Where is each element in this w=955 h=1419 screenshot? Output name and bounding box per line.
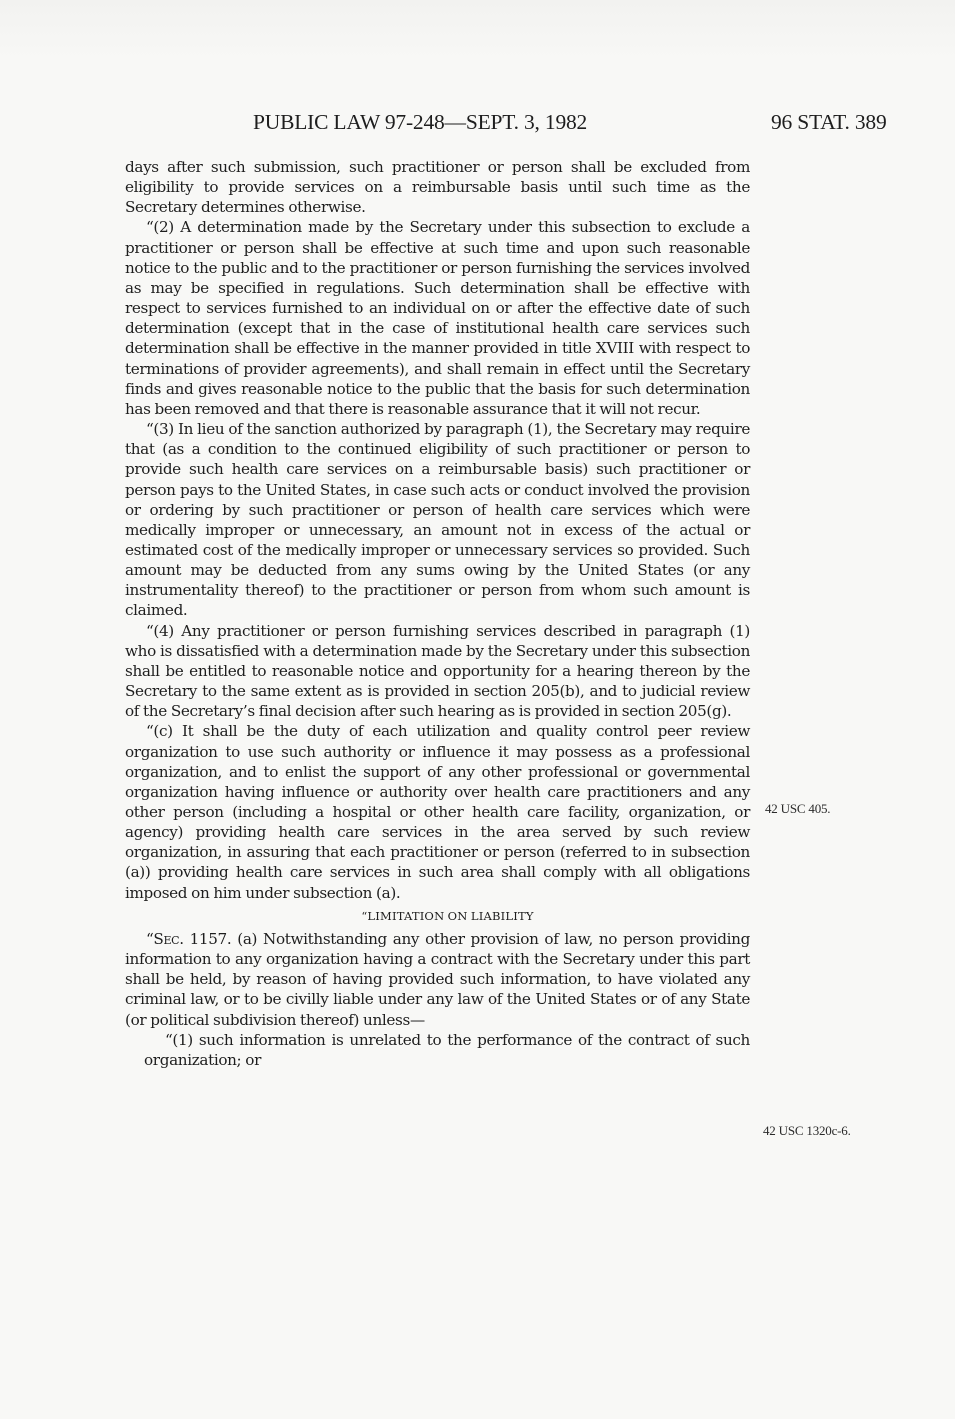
- paragraph-2: “(2) A determination made by the Secreta…: [125, 217, 750, 419]
- sec-1157-a: “Sec. 1157. (a) Notwithstanding any othe…: [125, 929, 750, 1030]
- sec-1157-text: 1157. (a) Notwithstanding any other prov…: [125, 930, 750, 1029]
- margin-note-42-usc-1320c-6: 42 USC 1320c-6.: [763, 1123, 851, 1139]
- page-header: PUBLIC LAW 97-248—SEPT. 3, 1982 96 STAT.…: [0, 110, 955, 140]
- public-law-title: PUBLIC LAW 97-248—SEPT. 3, 1982: [253, 110, 587, 135]
- subsection-c: “(c) It shall be the duty of each utiliz…: [125, 721, 750, 902]
- margin-note-42-usc-405: 42 USC 405.: [765, 801, 830, 817]
- paragraph-3: “(3) In lieu of the sanction authorized …: [125, 419, 750, 621]
- statute-page-number: 96 STAT. 389: [771, 110, 887, 135]
- sec-label: Sec.: [153, 930, 183, 948]
- document-page: PUBLIC LAW 97-248—SEPT. 3, 1982 96 STAT.…: [0, 0, 955, 1419]
- sec-1157-item-1: “(1) such information is unrelated to th…: [125, 1030, 750, 1070]
- section-heading-limitation-on-liability: “LIMITATION ON LIABILITY: [125, 906, 750, 926]
- paragraph-4: “(4) Any practitioner or person furnishi…: [125, 621, 750, 722]
- paragraph-continuation: days after such submission, such practit…: [125, 157, 750, 217]
- item-1-text: “(1) such information is unrelated to th…: [144, 1031, 750, 1069]
- statute-body: days after such submission, such practit…: [125, 157, 750, 1070]
